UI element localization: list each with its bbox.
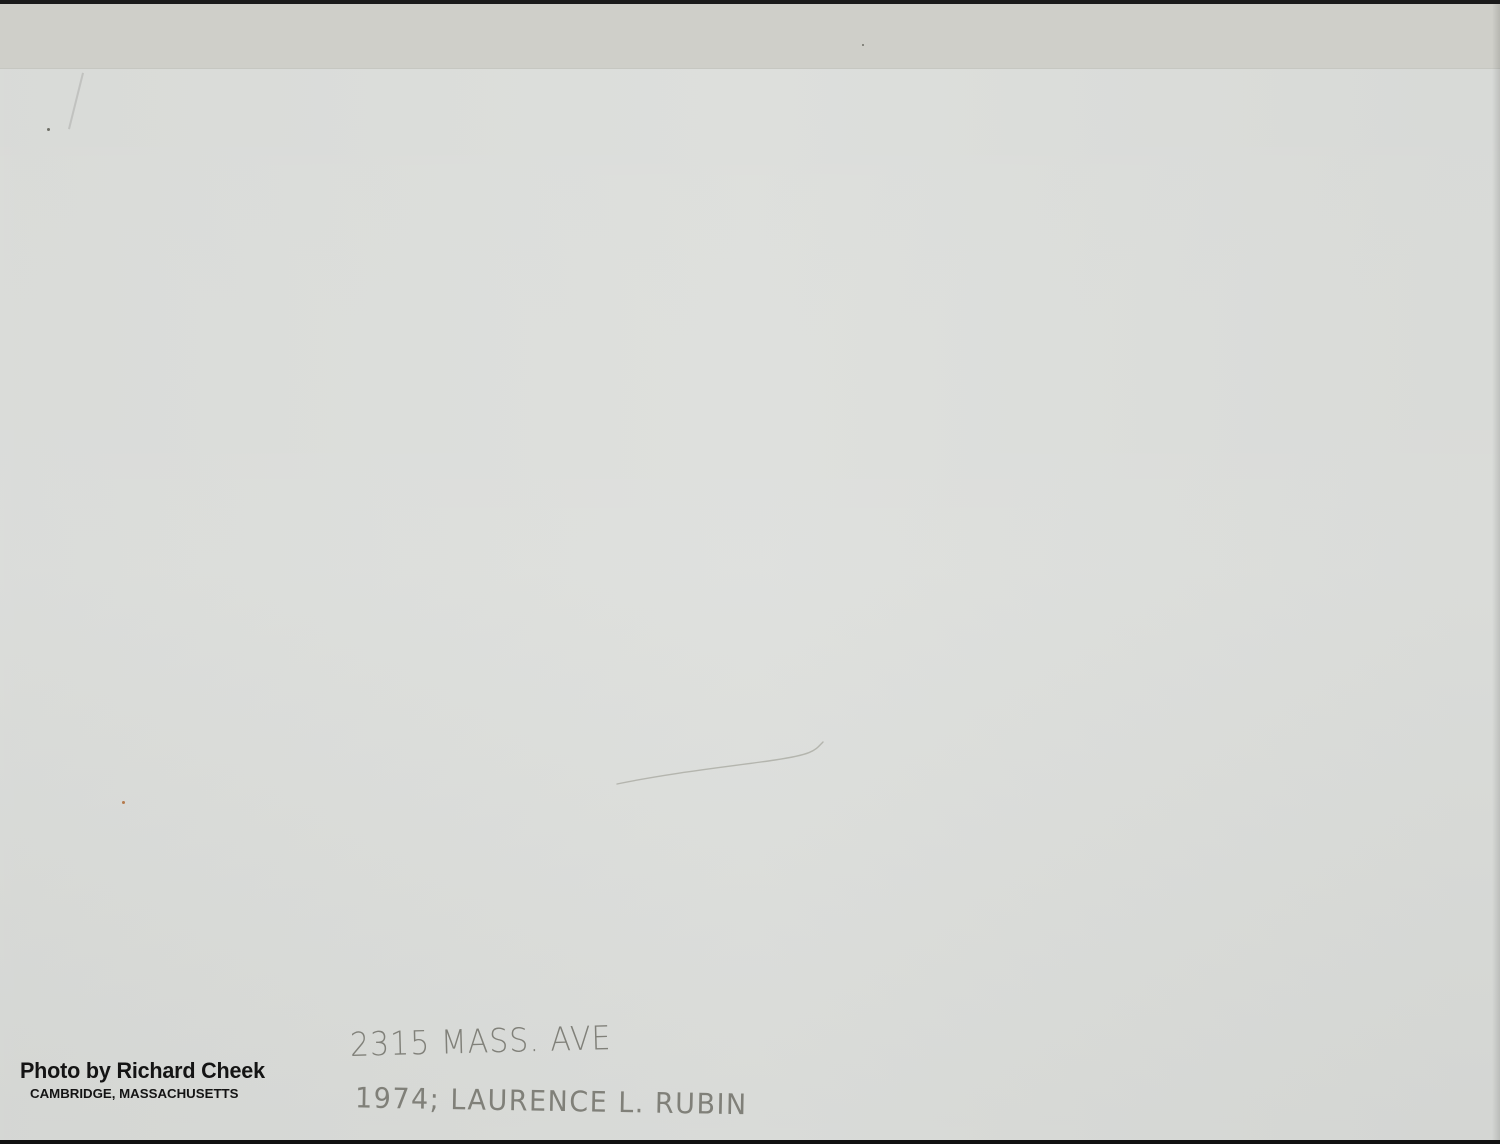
right-edge-shadow: [1492, 4, 1500, 1140]
photo-back: Photo by Richard Cheek CAMBRIDGE, MASSAC…: [0, 0, 1500, 1140]
dust-speck: [862, 44, 864, 46]
stamp-location: CAMBRIDGE, MASSACHUSETTS: [30, 1086, 275, 1102]
bottom-edge: [0, 1140, 1500, 1144]
faint-scratch: [68, 73, 84, 130]
top-band: [0, 4, 1500, 69]
stamp-credit: Photo by Richard Cheek: [20, 1058, 265, 1084]
pencil-stray-mark: [615, 738, 835, 788]
handwritten-date-owner: 1974; LAURENCE L. RUBIN: [355, 1082, 748, 1121]
dust-speck: [122, 801, 125, 804]
dust-speck: [47, 128, 50, 131]
photographer-stamp: Photo by Richard Cheek CAMBRIDGE, MASSAC…: [20, 1058, 270, 1102]
handwritten-address: 2315 MASS. AVE: [349, 1019, 611, 1064]
